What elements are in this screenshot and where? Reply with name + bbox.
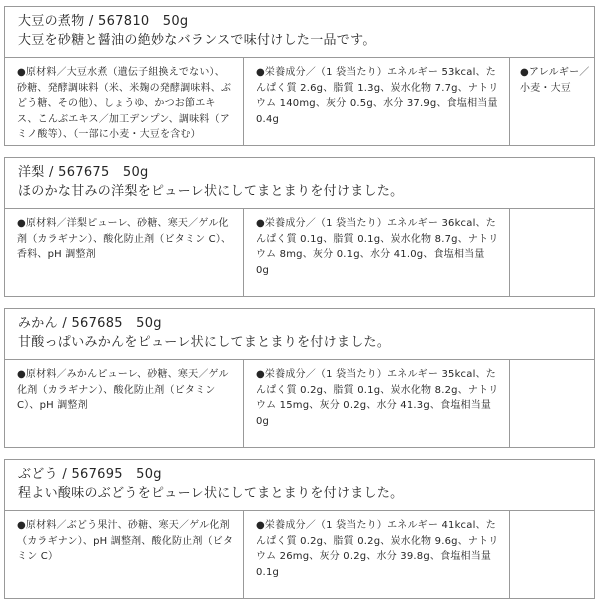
nutrition-cell: ●栄養成分／（1 袋当たり）エネルギー 41kcal、たんぱく質 0.2g、脂質… — [243, 511, 509, 598]
product-header: ぶどう / 567695 50g 程よい酸味のぶどうをピューレ状にしてまとまりを… — [5, 460, 594, 510]
product-detail-table: ●原材料／大豆水煮（遺伝子組換えでない）、砂糖、発酵調味料（米、米麹の発酵調味料… — [5, 57, 594, 145]
nutrition-cell: ●栄養成分／（1 袋当たり）エネルギー 53kcal、たんぱく質 2.6g、脂質… — [243, 58, 509, 145]
product-detail-table: ●原材料／みかんピューレ、砂糖、寒天／ゲル化剤（カラギナン）、酸化防止剤（ビタミ… — [5, 359, 594, 447]
product-description: 程よい酸味のぶどうをピューレ状にしてまとまりを付けました。 — [18, 484, 580, 503]
product-spec-sheet: 大豆の煮物 / 567810 50g 大豆を砂糖と醤油の絶妙なバランスで味付けし… — [0, 0, 600, 600]
allergy-cell — [509, 511, 594, 598]
product-title: 大豆の煮物 / 567810 50g — [18, 12, 580, 31]
product-detail-table: ●原材料／ぶどう果汁、砂糖、寒天／ゲル化剤（カラギナン）、pH 調整剤、酸化防止… — [5, 510, 594, 598]
product-description: 大豆を砂糖と醤油の絶妙なバランスで味付けした一品です。 — [18, 31, 580, 50]
product-title: 洋梨 / 567675 50g — [18, 163, 580, 182]
product-block-pear: 洋梨 / 567675 50g ほのかな甘みの洋梨をピューレ状にしてまとまりを付… — [4, 157, 595, 297]
product-block-grape: ぶどう / 567695 50g 程よい酸味のぶどうをピューレ状にしてまとまりを… — [4, 459, 595, 599]
nutrition-cell: ●栄養成分／（1 袋当たり）エネルギー 35kcal、たんぱく質 0.2g、脂質… — [243, 360, 509, 447]
product-header: 大豆の煮物 / 567810 50g 大豆を砂糖と醤油の絶妙なバランスで味付けし… — [5, 7, 594, 57]
product-header: 洋梨 / 567675 50g ほのかな甘みの洋梨をピューレ状にしてまとまりを付… — [5, 158, 594, 208]
product-description: 甘酸っぱいみかんをピューレ状にしてまとまりを付けました。 — [18, 333, 580, 352]
allergy-cell — [509, 360, 594, 447]
product-block-soybeans: 大豆の煮物 / 567810 50g 大豆を砂糖と醤油の絶妙なバランスで味付けし… — [4, 6, 595, 146]
product-detail-table: ●原材料／洋梨ピューレ、砂糖、寒天／ゲル化剤（カラギナン）、酸化防止剤（ビタミン… — [5, 208, 594, 296]
ingredients-cell: ●原材料／洋梨ピューレ、砂糖、寒天／ゲル化剤（カラギナン）、酸化防止剤（ビタミン… — [5, 209, 243, 296]
product-header: みかん / 567685 50g 甘酸っぱいみかんをピューレ状にしてまとまりを付… — [5, 309, 594, 359]
product-block-mandarin: みかん / 567685 50g 甘酸っぱいみかんをピューレ状にしてまとまりを付… — [4, 308, 595, 448]
nutrition-cell: ●栄養成分／（1 袋当たり）エネルギー 36kcal、たんぱく質 0.1g、脂質… — [243, 209, 509, 296]
allergy-cell — [509, 209, 594, 296]
ingredients-cell: ●原材料／みかんピューレ、砂糖、寒天／ゲル化剤（カラギナン）、酸化防止剤（ビタミ… — [5, 360, 243, 447]
product-description: ほのかな甘みの洋梨をピューレ状にしてまとまりを付けました。 — [18, 182, 580, 201]
allergy-cell: ●アレルギー／小麦・大豆 — [509, 58, 594, 145]
ingredients-cell: ●原材料／ぶどう果汁、砂糖、寒天／ゲル化剤（カラギナン）、pH 調整剤、酸化防止… — [5, 511, 243, 598]
product-title: みかん / 567685 50g — [18, 314, 580, 333]
ingredients-cell: ●原材料／大豆水煮（遺伝子組換えでない）、砂糖、発酵調味料（米、米麹の発酵調味料… — [5, 58, 243, 145]
product-title: ぶどう / 567695 50g — [18, 465, 580, 484]
